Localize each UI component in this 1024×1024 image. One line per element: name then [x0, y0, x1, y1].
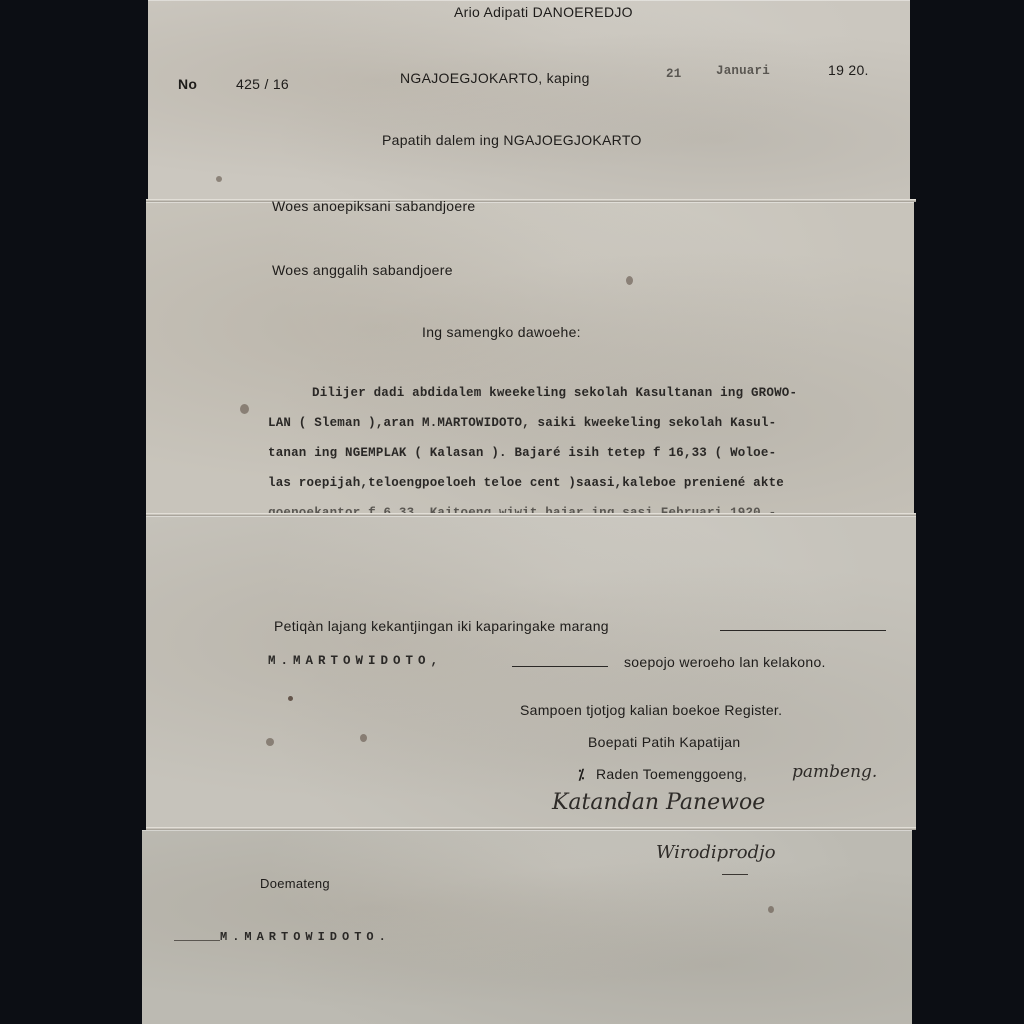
handwritten-signature-2: Katandan Panewoe: [552, 790, 765, 815]
signature-underline: [722, 874, 748, 875]
date-year: 19 20.: [828, 62, 869, 78]
date-month: Januari: [716, 64, 770, 78]
body-line-4: las roepijah,teloengpoeloeh teloe cent )…: [268, 476, 784, 490]
letter-document: Ario Adipati DANOEREDJO No 425 / 16 NGAJ…: [146, 0, 916, 1024]
decree-heading: Ing samengko dawoehe:: [422, 324, 581, 340]
stain: [216, 176, 222, 182]
distribution-text-end: soepojo weroeho lan kelakono.: [624, 654, 826, 670]
distribution-recipient: M.MARTOWIDOTO,: [268, 654, 443, 668]
document-fold-2: Woes anoepiksani sabandjoere Woes anggal…: [146, 202, 914, 514]
address-label: Doemateng: [260, 876, 330, 891]
address-dash: [174, 940, 220, 941]
stain: [626, 276, 633, 285]
date-day: 21: [666, 67, 681, 81]
official-name: Ario Adipati DANOEREDJO: [454, 4, 633, 20]
body-line-1: Dilijer dadi abdidalem kweekeling sekola…: [312, 386, 797, 400]
stain: [360, 734, 367, 742]
document-fold-3: Petiqàn lajang kekantjingan iki kaparing…: [146, 516, 916, 828]
body-line-3: tanan ing NGEMPLAK ( Kalasan ). Bajaré i…: [268, 446, 776, 460]
mark-icon: ⁒: [578, 766, 585, 783]
number-value: 425 / 16: [236, 76, 289, 92]
blank-line: [720, 630, 886, 631]
consideration-2: Woes anggalih sabandjoere: [272, 262, 453, 278]
place-date-label: NGAJOEGJOKARTO, kaping: [400, 70, 590, 86]
number-label: No: [178, 76, 197, 92]
signatory-role: Boepati Patih Kapatijan: [588, 734, 740, 750]
address-recipient: M.MARTOWIDOTO.: [220, 930, 391, 944]
stain: [240, 404, 249, 414]
handwritten-signature-3: Wirodiprodjo: [656, 842, 776, 863]
signatory-title: Raden Toemenggoeng,: [596, 766, 747, 782]
dot: [288, 696, 293, 701]
document-fold-4: Wirodiprodjo Doemateng M.MARTOWIDOTO.: [142, 830, 912, 1024]
consideration-1: Woes anoepiksani sabandjoere: [272, 198, 476, 214]
stain: [768, 906, 774, 913]
office-title: Papatih dalem ing NGAJOEGJOKARTO: [382, 132, 642, 148]
document-fold-1: Ario Adipati DANOEREDJO No 425 / 16 NGAJ…: [148, 0, 910, 200]
register-verification: Sampoen tjotjog kalian boekoe Register.: [520, 702, 782, 718]
body-line-2: LAN ( Sleman ),aran M.MARTOWIDOTO, saiki…: [268, 416, 776, 430]
stain: [266, 738, 274, 746]
blank-line: [512, 666, 608, 667]
handwritten-signature-1: pambeng.: [792, 762, 877, 782]
distribution-text: Petiqàn lajang kekantjingan iki kaparing…: [274, 618, 609, 634]
